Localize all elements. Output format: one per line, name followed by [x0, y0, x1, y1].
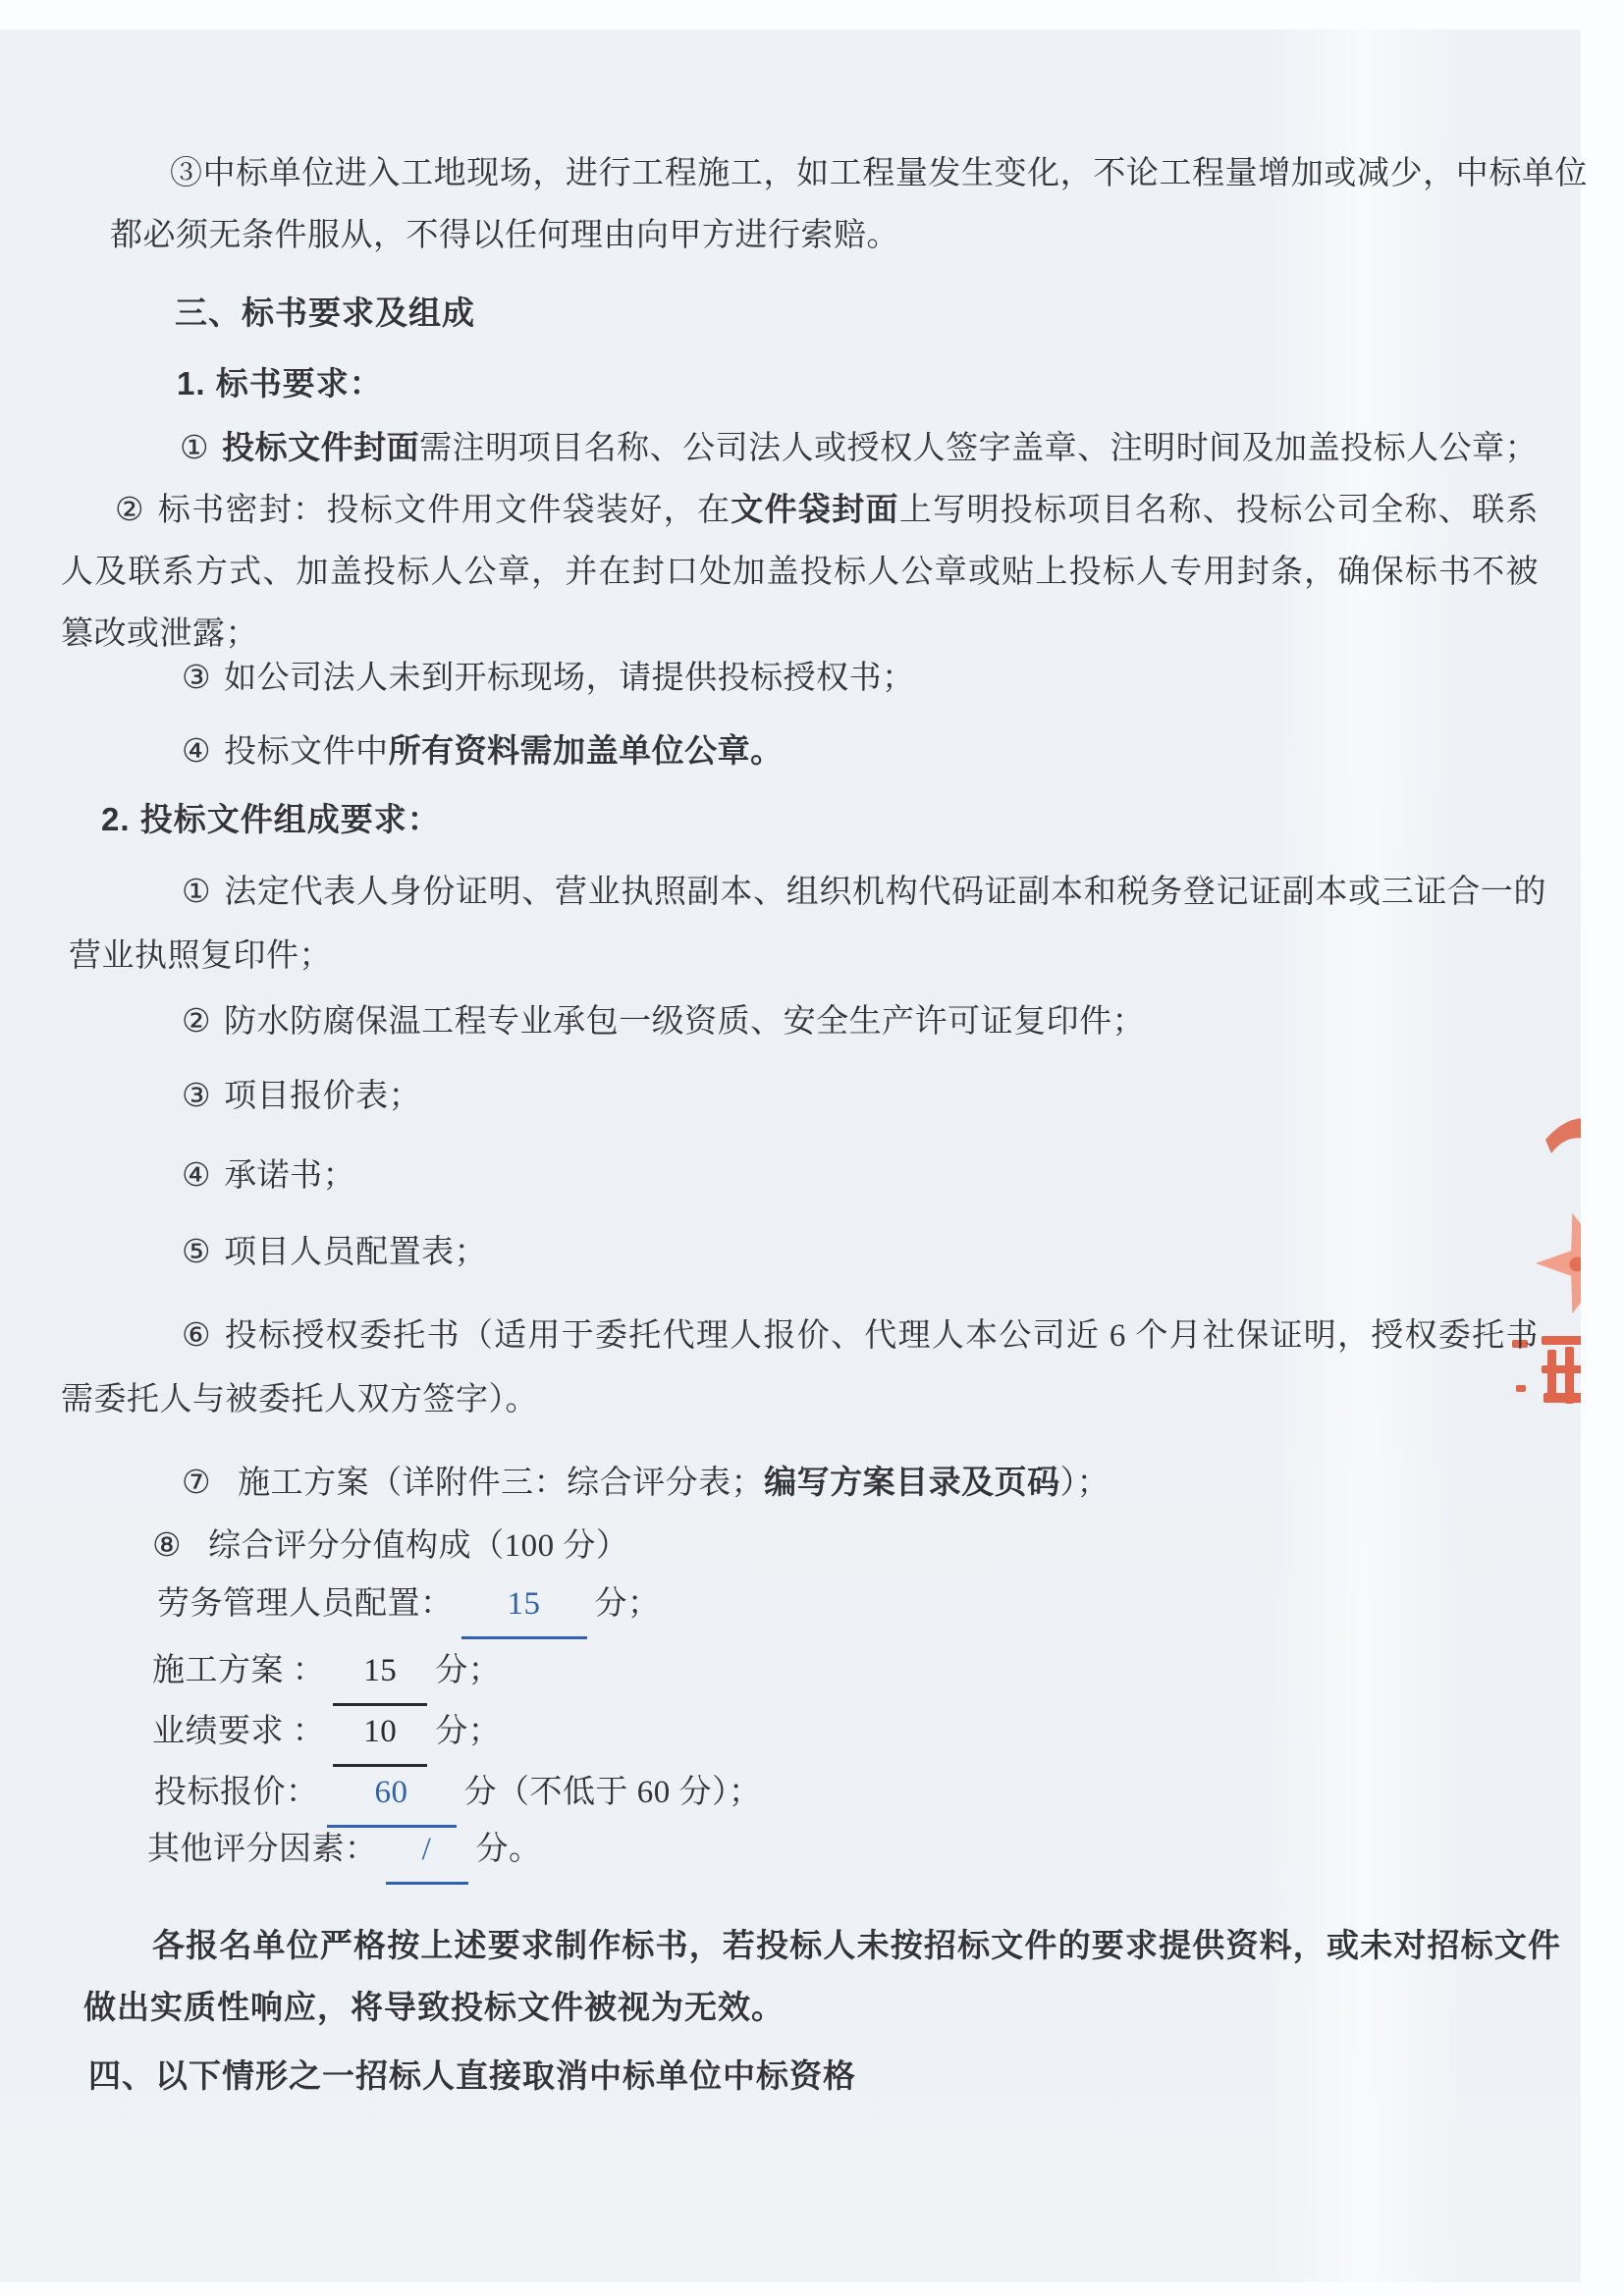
para-change-order-obligation: ③中标单位进入工地现场，进行工程施工，如工程量发生变化，不论工程量增加或减少，中…: [61, 143, 1588, 267]
score-value: /: [386, 1819, 468, 1885]
item-text: 项目人员配置表；: [224, 1235, 487, 1270]
score-label: 劳务管理人员配置：: [157, 1586, 454, 1622]
score-value: 15: [333, 1640, 427, 1706]
para-invalid-bid-warning: 各报名单位严格按上述要求制作标书，若投标人未按招标文件的要求提供资料，或未对招标…: [61, 1914, 1561, 2038]
score-value: 15: [461, 1574, 587, 1639]
item-text-bold: 所有资料需加盖单位公章。: [389, 732, 784, 769]
item-number: ⑥: [182, 1318, 212, 1354]
item-text: ）；: [1060, 1466, 1110, 1501]
heading-section-4: 四、以下情形之一招标人直接取消中标单位中标资格: [61, 2045, 1566, 2107]
composition-item-7: ⑦施工方案（详附件三：综合评分表；编写方案目录及页码）；: [61, 1451, 1624, 1515]
score-line-labor-management: 劳务管理人员配置：15分；: [61, 1574, 1624, 1639]
composition-item-3: ③项目报价表；: [61, 1064, 1624, 1128]
item-number: ①: [182, 875, 211, 910]
item-text: 投标授权委托书（适用于委托代理人报价、代理人本公司近 6 个月社保证明，授权委托…: [61, 1318, 1539, 1417]
score-suffix: 分（不低于 60 分）；: [464, 1775, 762, 1810]
score-suffix: 分；: [435, 1714, 501, 1749]
item-text: 标书密封：投标文件用文件袋装好，在: [158, 493, 731, 528]
composition-item-5: ⑤项目人员配置表；: [61, 1220, 1624, 1284]
item-number: ⑦: [182, 1466, 211, 1501]
bid-requirement-item-2: ②标书密封：投标文件用文件袋装好，在文件袋封面上写明投标项目名称、投标公司全称、…: [61, 478, 1539, 666]
item-text-bold: 投标文件封面: [222, 429, 419, 465]
heading-bid-book-requirements: 1. 标书要求：: [61, 352, 1624, 414]
bid-requirement-item-4: ④投标文件中所有资料需加盖单位公章。: [61, 720, 1624, 783]
score-suffix: 分；: [595, 1586, 661, 1622]
item-number: ④: [182, 734, 211, 770]
item-number: ④: [182, 1158, 211, 1194]
score-line-other-factors: 其他评分因素：/分。: [61, 1819, 1624, 1885]
composition-item-1: ①法定代表人身份证明、营业执照副本、组织机构代码证副本和税务登记证副本或三证合一…: [61, 862, 1546, 988]
score-suffix: 分；: [435, 1653, 501, 1688]
score-label: 业绩要求 ：: [152, 1714, 325, 1749]
item-text: 投标文件中: [224, 734, 389, 770]
item-number: ⑧: [152, 1528, 182, 1564]
composition-item-4: ④承诺书；: [61, 1144, 1624, 1207]
item-number: ③: [182, 661, 211, 696]
item-number: ①: [180, 431, 209, 466]
composition-item-6: ⑥投标授权委托书（适用于委托代理人报价、代理人本公司近 6 个月社保证明，授权委…: [61, 1306, 1539, 1431]
item-text: 施工方案（详附件三：综合评分表；: [238, 1466, 764, 1501]
item-number: ②: [115, 493, 145, 528]
scan-margin-top: [0, 0, 1624, 29]
score-label: 其他评分因素：: [147, 1832, 378, 1867]
scan-margin-bottom: [0, 2282, 1624, 2296]
item-number: ⑤: [182, 1235, 211, 1270]
score-value: 60: [327, 1762, 457, 1828]
item-text: 防水防腐保温工程专业承包一级资质、安全生产许可证复印件；: [224, 1004, 1145, 1040]
composition-item-2: ②防水防腐保温工程专业承包一级资质、安全生产许可证复印件；: [61, 989, 1624, 1053]
item-text-bold: 文件袋封面: [731, 491, 899, 527]
bid-requirement-item-1: ①投标文件封面需注明项目名称、公司法人或授权人签字盖章、注明时间及加盖投标人公章…: [61, 416, 1624, 480]
item-text-bold: 编写方案目录及页码: [764, 1464, 1060, 1500]
heading-composition-requirements: 2. 投标文件组成要求：: [61, 788, 1579, 850]
item-number: ③: [182, 1079, 211, 1114]
score-suffix: 分。: [476, 1832, 542, 1867]
score-label: 投标报价：: [154, 1775, 319, 1810]
item-text: 项目报价表；: [224, 1079, 421, 1114]
heading-section-3: 三、标书要求及组成: [61, 282, 1624, 344]
item-text: 综合评分分值构成（100 分）: [208, 1528, 628, 1564]
score-value: 10: [333, 1701, 427, 1767]
item-text: 法定代表人身份证明、营业执照副本、组织机构代码证副本和税务登记证副本或三证合一的…: [69, 875, 1546, 974]
item-text: 如公司法人未到开标现场，请提供投标授权书；: [224, 661, 915, 696]
bid-requirement-item-3: ③如公司法人未到开标现场，请提供投标授权书；: [61, 646, 1624, 710]
score-label: 施工方案 ：: [152, 1653, 325, 1688]
scanned-document-page: ③中标单位进入工地现场，进行工程施工，如工程量发生变化，不论工程量增加或减少，中…: [0, 0, 1624, 2296]
score-line-bid-price: 投标报价：60分（不低于 60 分）；: [61, 1762, 1624, 1828]
item-text: 承诺书；: [224, 1158, 355, 1194]
score-line-construction-plan: 施工方案 ：15分；: [61, 1640, 1624, 1706]
score-line-performance: 业绩要求 ：10分；: [61, 1701, 1624, 1767]
item-text: 需注明项目名称、公司法人或授权人签字盖章、注明时间及加盖投标人公章；: [419, 431, 1538, 466]
composition-item-8: ⑧综合评分分值构成（100 分）: [61, 1514, 1624, 1577]
item-number: ②: [182, 1004, 211, 1040]
